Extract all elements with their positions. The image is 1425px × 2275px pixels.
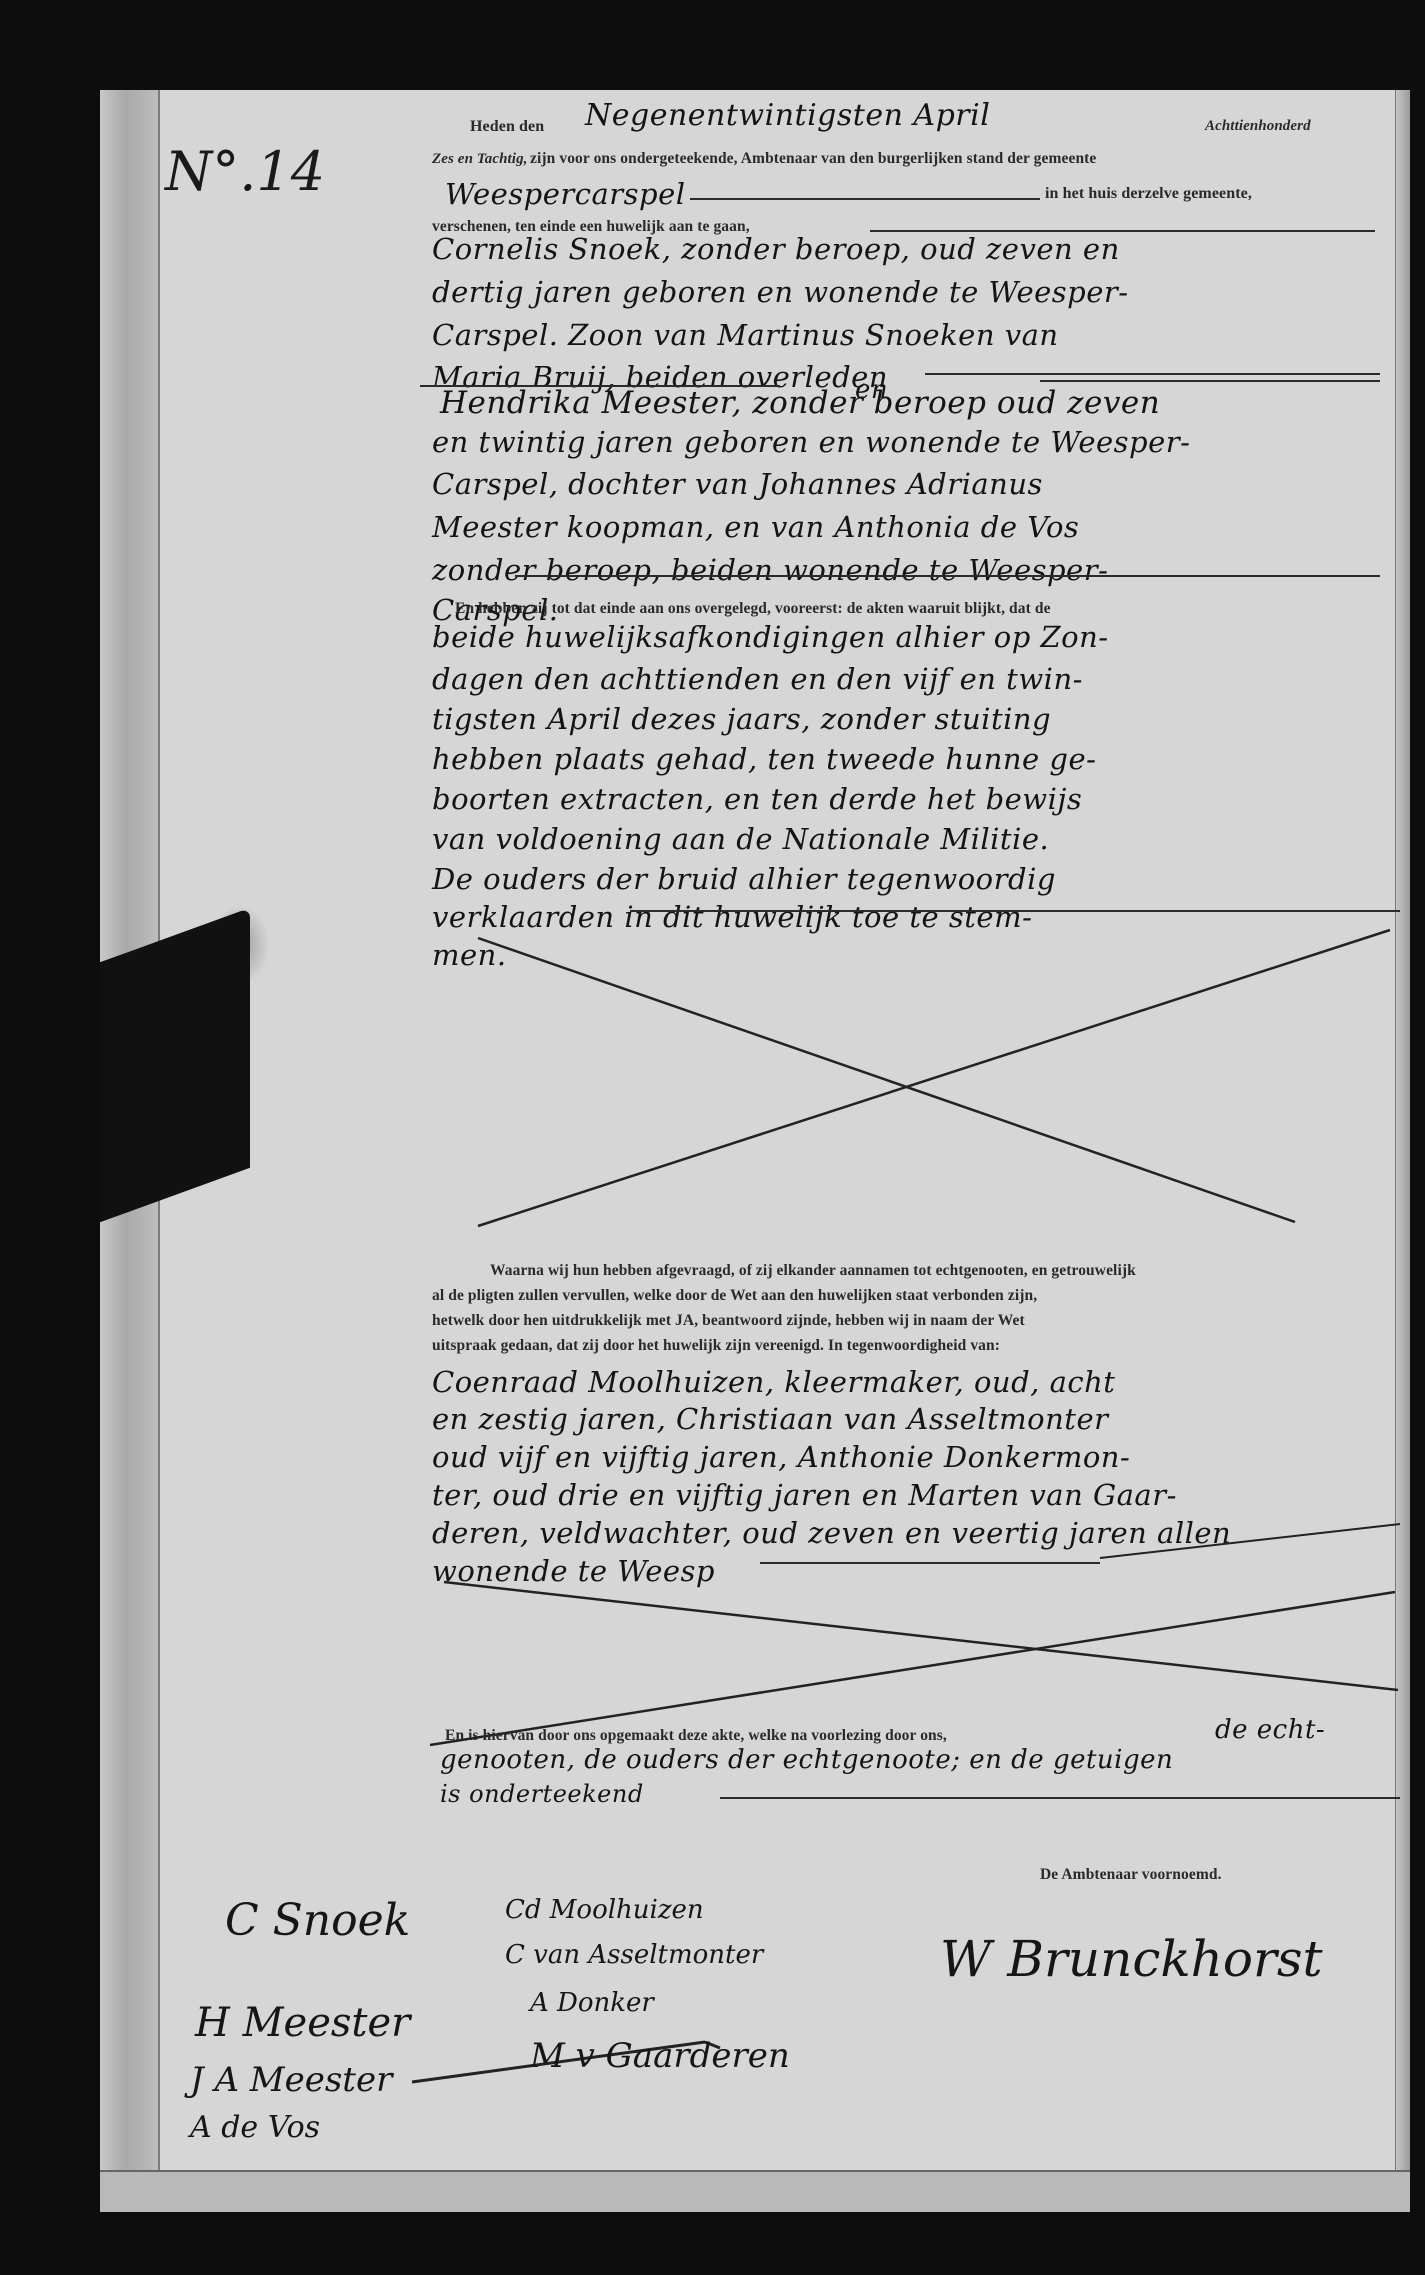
closing-hand-3: is onderteekend bbox=[440, 1780, 644, 1808]
witness-line-5: deren, veldwachter, oud zeven en veertig… bbox=[432, 1516, 1231, 1550]
signature-groom: C Snoek bbox=[225, 1895, 410, 1946]
closing-text: En is hiervan door ons opgemaakt deze ak… bbox=[445, 1727, 947, 1745]
witness-line-3: oud vijf en vijftig jaren, Anthonie Donk… bbox=[432, 1440, 1130, 1474]
signature-witness-1: Cd Moolhuizen bbox=[505, 1895, 704, 1925]
closing-hand-2: genooten, de ouders der echtgenoote; en … bbox=[440, 1745, 1173, 1775]
official-label: De Ambtenaar voornoemd. bbox=[1040, 1866, 1222, 1884]
witness-line-2: en zestig jaren, Christiaan van Asseltmo… bbox=[432, 1402, 1108, 1436]
witness-line-6: wonende te Weesp bbox=[432, 1554, 715, 1588]
vows-line-3: hetwelk door hen uitdrukkelijk met JA, b… bbox=[432, 1312, 1025, 1330]
witness-line-4: ter, oud drie en vijftig jaren en Marten… bbox=[432, 1478, 1177, 1512]
vows-line-4: uitspraak gedaan, dat zij door het huwel… bbox=[432, 1337, 1000, 1355]
signature-witness-2: C van Asseltmonter bbox=[505, 1940, 763, 1970]
signature-witness-3: A Donker bbox=[530, 1988, 654, 2018]
closing-hand-1: de echt- bbox=[1215, 1715, 1325, 1745]
signature-witness-4: M v Gaarderen bbox=[530, 2036, 790, 2076]
vows-line-2: al de pligten zullen vervullen, welke do… bbox=[432, 1287, 1037, 1305]
vows-line-1: Waarna wij hun hebben afgevraagd, of zij… bbox=[490, 1262, 1136, 1280]
fill-line bbox=[760, 1562, 1100, 1564]
fill-line bbox=[720, 1797, 1400, 1799]
witness-line-1: Coenraad Moolhuizen, kleermaker, oud, ac… bbox=[432, 1365, 1115, 1399]
signature-bride-father: J A Meester bbox=[190, 2060, 392, 2100]
signature-bride: H Meester bbox=[195, 2000, 410, 2046]
signature-official: W Brunckhorst bbox=[940, 1930, 1323, 1988]
signature-bride-mother: A de Vos bbox=[190, 2110, 320, 2145]
